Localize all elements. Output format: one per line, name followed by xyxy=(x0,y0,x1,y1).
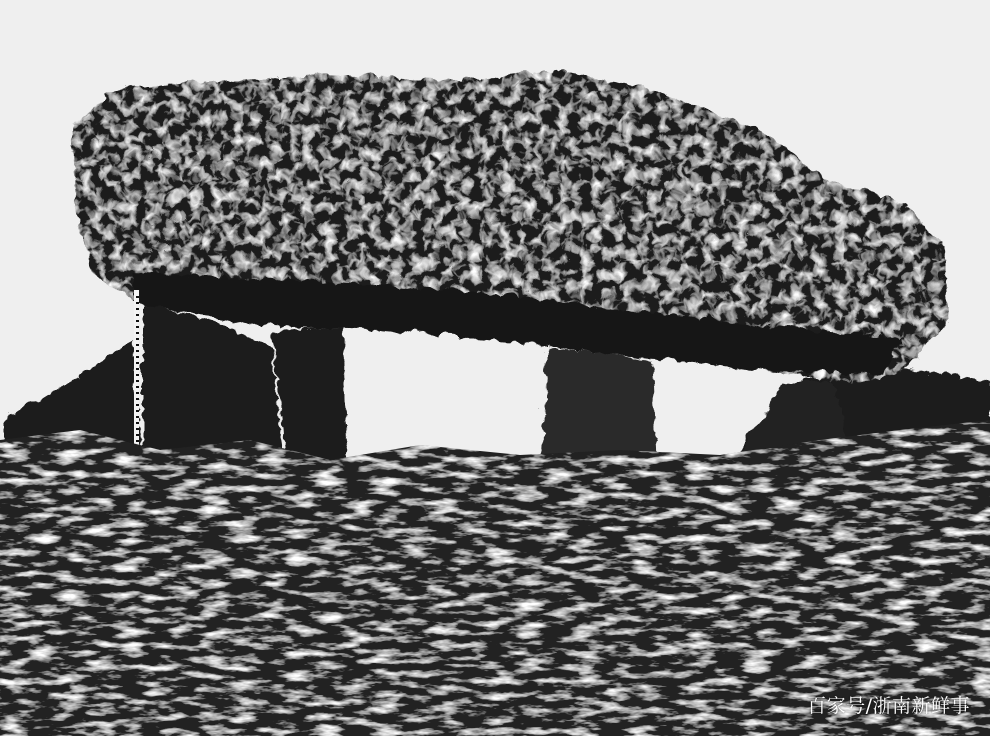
grass-foreground xyxy=(0,420,990,736)
photo-scene xyxy=(0,0,990,736)
watermark-text: 百家号/浙南新鲜事 xyxy=(807,691,970,718)
dolmen-photograph: 百家号/浙南新鲜事 xyxy=(0,0,990,736)
